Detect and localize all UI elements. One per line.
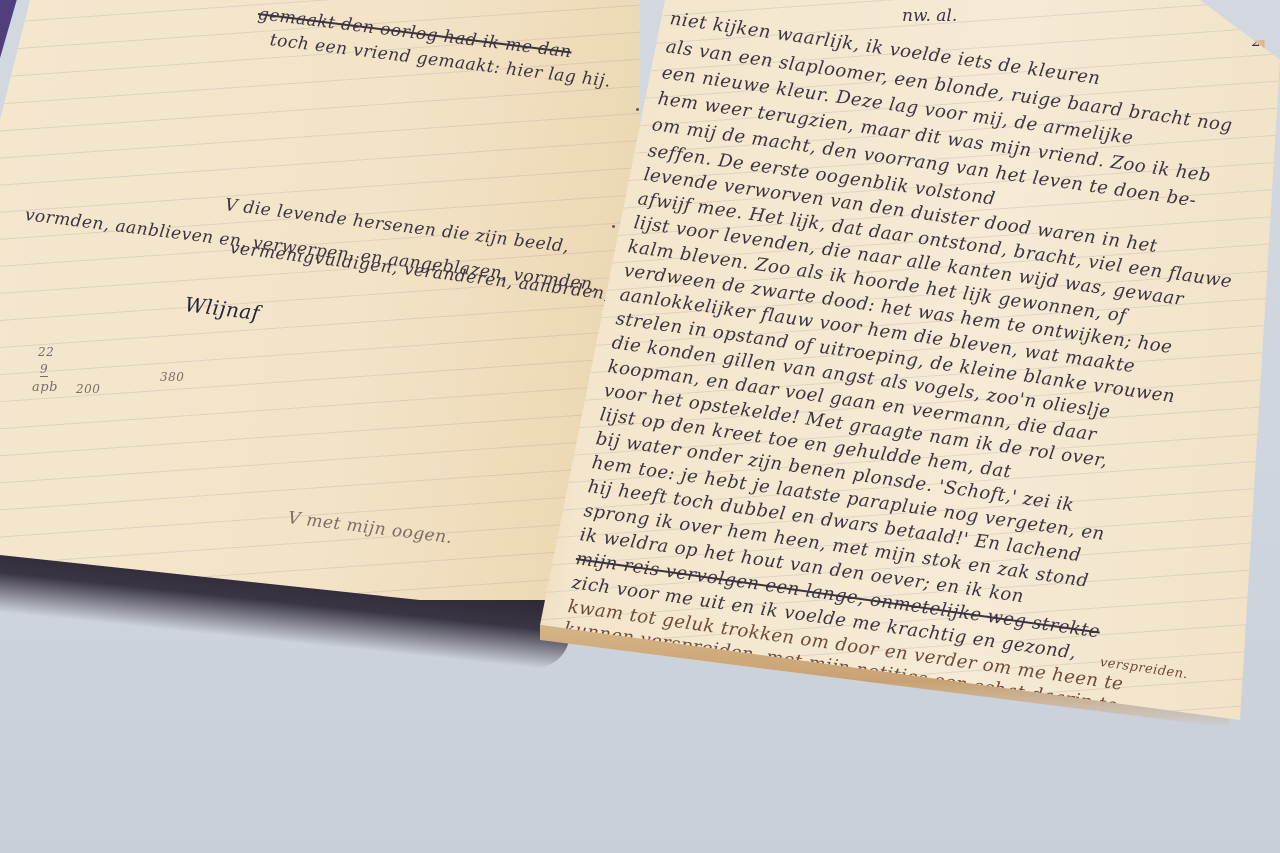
right-page: nw. al. 21 niet kijken waarlijk, ik voel… <box>540 0 1280 730</box>
binding-stitch <box>612 225 615 228</box>
margin-number: apb <box>32 380 58 395</box>
margin-number: 380 <box>160 370 184 384</box>
margin-number: 22 <box>38 345 54 359</box>
binding-stitch <box>636 108 639 111</box>
margin-number: 9 <box>40 362 48 377</box>
photo-scene: gemaakt den oorlog had ik me dan toch ee… <box>0 0 1280 853</box>
margin-number: 200 <box>76 382 100 396</box>
left-page: gemaakt den oorlog had ik me dan toch ee… <box>0 0 640 600</box>
page-header-note: nw. al. <box>902 6 957 26</box>
ruled-lines <box>0 0 640 600</box>
